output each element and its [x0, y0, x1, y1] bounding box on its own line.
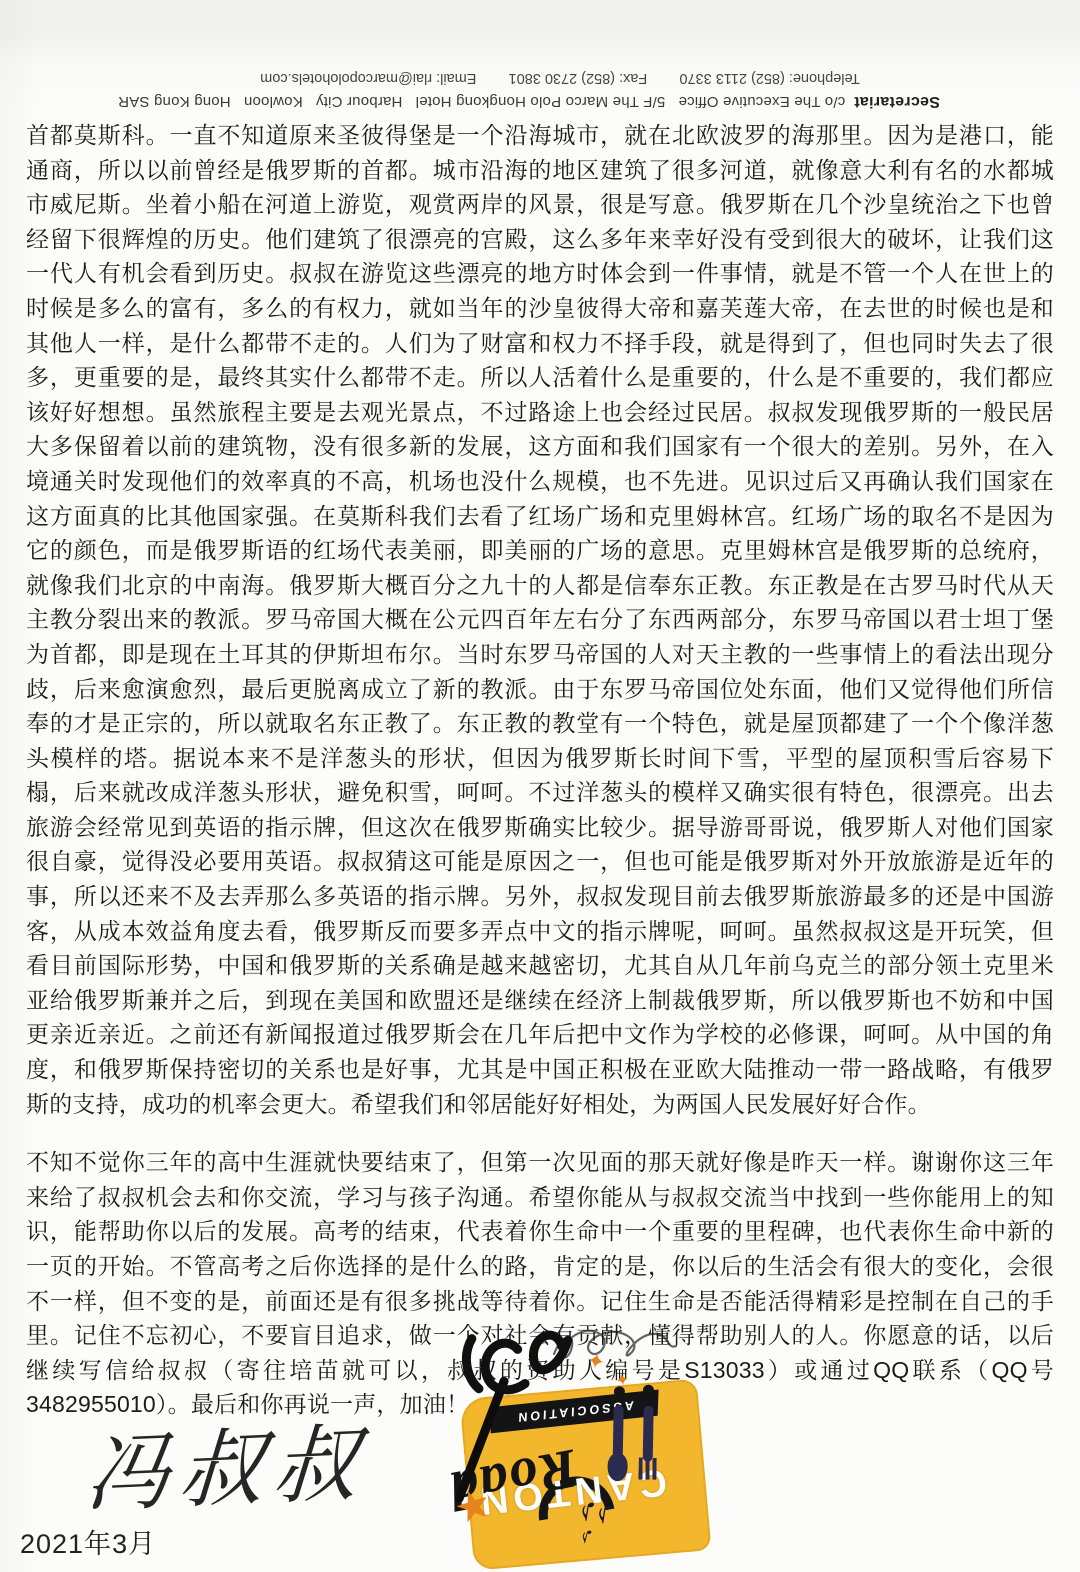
letter-paragraph-1: 首都莫斯科。一直不知道原来圣彼得堡是一个沿海城市，就在北欧波罗的海那里。因为是港…	[26, 118, 1054, 1121]
letter-line: 它的颜色，而是俄罗斯语的红场代表美丽，即美丽的广场的意思。克里姆林宫是俄罗斯的总…	[26, 533, 1054, 568]
letter-line: 度，和俄罗斯保持密切的关系也是好事，尤其是中国正积极在亚欧大陆推动一带一路战略，…	[26, 1052, 1054, 1087]
letter-photo-page: Secretariat c/o The Executive Office 5/F…	[0, 0, 1080, 1572]
spoon-icon	[607, 1405, 628, 1481]
handwritten-signature: 冯叔叔	[82, 1396, 371, 1530]
letter-line: 一代人有机会看到历史。叔叔在游览这些漂亮的地方时体会到一件事情，就是不管一个人在…	[26, 256, 1054, 291]
letter-line: 看目前国际形势，中国和俄罗斯的关系确是越来越密切，尤其自从几年前乌克兰的部分领土…	[26, 948, 1054, 983]
letter-line: 就像我们北京的中南海。俄罗斯大概百分之九十的人都是信奉东正教。东正教是在古罗马时…	[26, 568, 1054, 603]
canton-road-stamp-upside-down: CANTON Road ASSOCIATION ★ ✦ ✦ ♪♪ ♪	[428, 1314, 902, 1572]
letter-line: 斯的支持，成功的机率会更大。希望我们和邻居能好好相处，为两国人民发展好好合作。	[26, 1087, 1054, 1122]
letter-line: 来给了叔叔机会去和你交流，学习与孩子沟通。希望你能从与叔叔交流当中找到一些你能用…	[26, 1180, 1054, 1215]
letter-line: 更亲近亲近。之前还有新闻报道过俄罗斯会在几年后把中文作为学校的必修课，呵呵。从中…	[26, 1017, 1054, 1052]
sparkle-star-icon: ✦	[613, 1369, 631, 1389]
letterhead-upside-down: Secretariat c/o The Executive Office 5/F…	[180, 46, 940, 110]
letter-body: 首都莫斯科。一直不知道原来圣彼得堡是一个沿海城市，就在北欧波罗的海那里。因为是港…	[26, 118, 1054, 1422]
letter-line: 境通关时发现他们的效率真的不高，机场也没什么规模，也不先进。见识过后又再确认我们…	[26, 464, 1054, 499]
letter-line: 时候是多么的富有，多么的有权力，就如当年的沙皇彼得大帝和嘉芙莲大帝，在去世的时候…	[26, 291, 1054, 326]
letterhead-address-text: c/o The Executive Office 5/F The Marco P…	[118, 93, 854, 110]
letter-line: 头模样的塔。据说本来不是洋葱头的形状，但因为俄罗斯长时间下雪，平型的屋顶积雪后容…	[26, 741, 1054, 776]
letterhead-address-line: Secretariat c/o The Executive Office 5/F…	[180, 92, 940, 110]
letter-line: 歧，后来愈演愈烈，最后更脱离成立了新的教派。由于东罗马帝国位处东面，他们又觉得他…	[26, 672, 1054, 707]
letter-line: 不一样，但不变的是，前面还是有很多挑战等待着你。记住生命是否能活得精彩是控制在自…	[26, 1284, 1054, 1319]
letterhead-secretariat-label: Secretariat	[854, 93, 940, 110]
letter-line: 这方面真的比其他国家强。在莫斯科我们去看了红场广场和克里姆林宫。红场广场的取名不…	[26, 499, 1054, 534]
letter-line: 大多保留着以前的建筑物，没有很多新的发展，这方面和我们国家有一个很大的差别。另外…	[26, 429, 1054, 464]
letter-line: 很自豪，觉得没必要用英语。叔叔猜这可能是原因之一，但也可能是俄罗斯对外开放旅游是…	[26, 844, 1054, 879]
letter-line: 旅游会经常见到英语的指示牌，但这次在俄罗斯确实比较少。据导游哥哥说，俄罗斯人对他…	[26, 810, 1054, 845]
letter-line: 为首都，即是现在土耳其的伊斯坦布尔。当时东罗马帝国的人对天主教的一些事情上的看法…	[26, 637, 1054, 672]
letter-line: 经留下很辉煌的历史。他们建筑了很漂亮的宫殿，这么多年来幸好没有受到很大的破坏，让…	[26, 222, 1054, 257]
letter-line: 该好好想想。虽然旅程主要是去观光景点，不过路途上也会经过民居。叔叔发现俄罗斯的一…	[26, 395, 1054, 430]
sparkle-star-icon: ✦	[585, 1347, 607, 1372]
letter-line: 通商，所以以前曾经是俄罗斯的首都。城市沿海的地区建筑了很多河道，就像意大利有名的…	[26, 153, 1054, 188]
letterhead-contact-line: Telephone: (852) 2113 3370 Fax: (852) 27…	[180, 70, 940, 86]
stamp-black-scribble	[449, 1316, 581, 1410]
fork-icon	[638, 1406, 657, 1480]
letter-line: 不知不觉你三年的高中生涯就快要结束了，但第一次见面的那天就好像是昨天一样。谢谢你…	[26, 1145, 1054, 1180]
letter-line: 奉的才是正宗的，所以就取名东正教了。东正教的教堂有一个特色，就是屋顶都建了一个个…	[26, 706, 1054, 741]
letter-line: 多，更重要的是，最终其实什么都带不走。所以人活着什么是重要的，什么是不重要的，我…	[26, 360, 1054, 395]
letter-date: 2021年3月	[20, 1522, 156, 1561]
letter-line: 主教分裂出来的教派。罗马帝国大概在公元四百年左右分了东西两部分，东罗马帝国以君士…	[26, 602, 1054, 637]
letter-line: 识，能帮助你以后的发展。高考的结束，代表着你生命中一个重要的里程碑，也代表你生命…	[26, 1214, 1054, 1249]
letter-line: 事，所以还来不及去弄那么多英语的指示牌。另外，叔叔发现目前去俄罗斯旅游最多的还是…	[26, 879, 1054, 914]
letter-line: 其他人一样，是什么都带不走的。人们为了财富和权力不择手段，就是得到了，但也同时失…	[26, 326, 1054, 361]
letter-line: 榻，后来就改成洋葱头形状，避免积雪，呵呵。不过洋葱头的模样又确实很有特色，很漂亮…	[26, 775, 1054, 810]
letter-line: 亚给俄罗斯兼并之后，到现在美国和欧盟还是继续在经济上制裁俄罗斯，所以俄罗斯也不妨…	[26, 983, 1054, 1018]
letter-line: 一页的开始。不管高考之后你选择的是什么的路，肯定的是，你以后的生活会有很大的变化…	[26, 1249, 1054, 1284]
letter-line: 市威尼斯。坐着小船在河道上游览，观赏两岸的风景，很是写意。俄罗斯在几个沙皇统治之…	[26, 187, 1054, 222]
letter-line: 首都莫斯科。一直不知道原来圣彼得堡是一个沿海城市，就在北欧波罗的海那里。因为是港…	[26, 118, 1054, 153]
letter-line: 客，从成本效益角度去看，俄罗斯反而要多弄点中文的指示牌呢，呵呵。虽然叔叔这是开玩…	[26, 914, 1054, 949]
